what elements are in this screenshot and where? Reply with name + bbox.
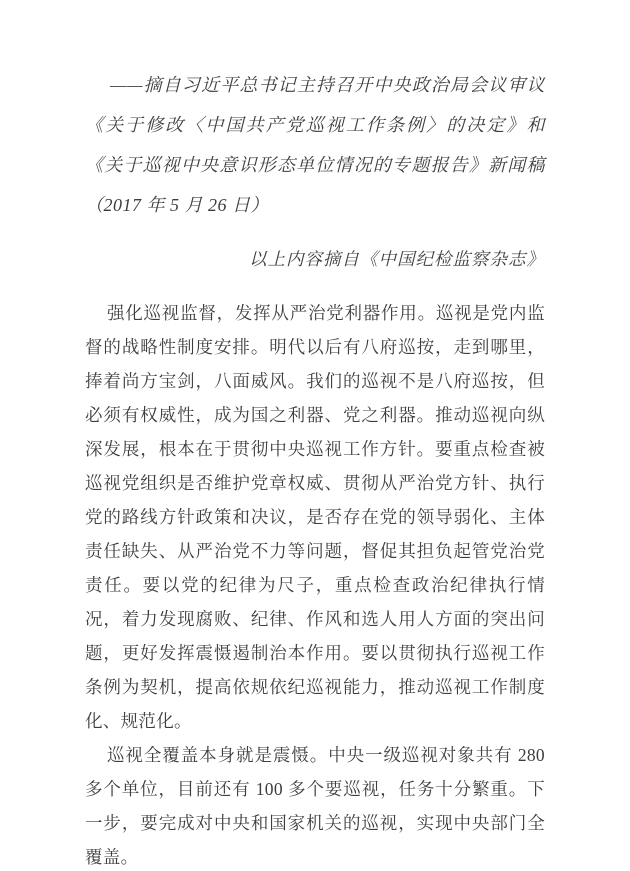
quote-attribution: ——摘自习近平总书记主持召开中央政治局会议审议《关于修改〈中国共产党巡视工作条例… xyxy=(85,65,545,225)
paragraph-full-coverage: 巡视全覆盖本身就是震慑。中央一级巡视对象共有 280 多个单位，目前还有 100… xyxy=(85,738,545,871)
document-page: ——摘自习近平总书记主持召开中央政治局会议审议《关于修改〈中国共产党巡视工作条例… xyxy=(0,0,630,871)
source-note: 以上内容摘自《中国纪检监察杂志》 xyxy=(85,239,545,279)
paragraph-inspection-sharp-weapon: 强化巡视监督，发挥从严治党利器作用。巡视是党内监督的战略性制度安排。明代以后有八… xyxy=(85,296,545,738)
text-block: ——摘自习近平总书记主持召开中央政治局会议审议《关于修改〈中国共产党巡视工作条例… xyxy=(85,65,545,871)
